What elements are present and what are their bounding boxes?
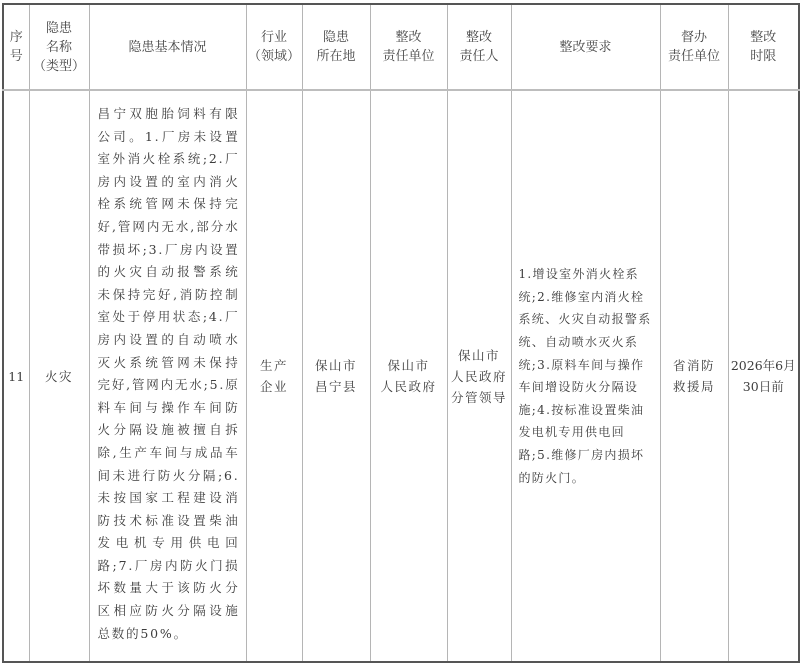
header-deadline: 整改 时限 (728, 4, 799, 90)
cell-supervising-unit: 省消防 救援局 (660, 90, 728, 600)
header-supervising-unit: 督办 责任单位 (660, 4, 728, 90)
cell-responsible-unit: 保山市 人民政府 (370, 90, 447, 600)
header-requirements: 整改要求 (511, 4, 660, 90)
header-industry: 行业 （领域） (246, 4, 302, 90)
header-hazard-description: 隐患基本情况 (89, 4, 246, 90)
header-responsible-unit: 整改 责任单位 (370, 4, 447, 90)
table-row: 11 火灾 昌宁双胞胎饲料有限公司。1.厂房未设置室外消火栓系统;2.厂房内设置… (3, 90, 799, 600)
cell-index: 11 (3, 90, 29, 600)
header-responsible-person: 整改 责任人 (447, 4, 511, 90)
cell-location: 保山市 昌宁县 (302, 90, 370, 600)
cell-hazard-description: 昌宁双胞胎饲料有限公司。1.厂房未设置室外消火栓系统;2.厂房内设置的室内消火栓… (89, 90, 246, 600)
cell-requirements: 1.增设室外消火栓系统;2.维修室内消火栓系统、火灾自动报警系统、自动喷水灭火系… (511, 90, 660, 600)
cell-hazard-name: 火灾 (29, 90, 89, 600)
header-location: 隐患 所在地 (302, 4, 370, 90)
header-hazard-name: 隐患 名称 （类型） (29, 4, 89, 90)
hazard-rectification-table: 序 号 隐患 名称 （类型） 隐患基本情况 行业 （领域） 隐患 所在地 整改 … (2, 3, 800, 600)
header-row: 序 号 隐患 名称 （类型） 隐患基本情况 行业 （领域） 隐患 所在地 整改 … (3, 4, 799, 90)
cell-responsible-person: 保山市 人民政府 分管领导 (447, 90, 511, 600)
header-index: 序 号 (3, 4, 29, 90)
cell-industry: 生产 企业 (246, 90, 302, 600)
cell-deadline: 2026年6月 30日前 (728, 90, 799, 600)
